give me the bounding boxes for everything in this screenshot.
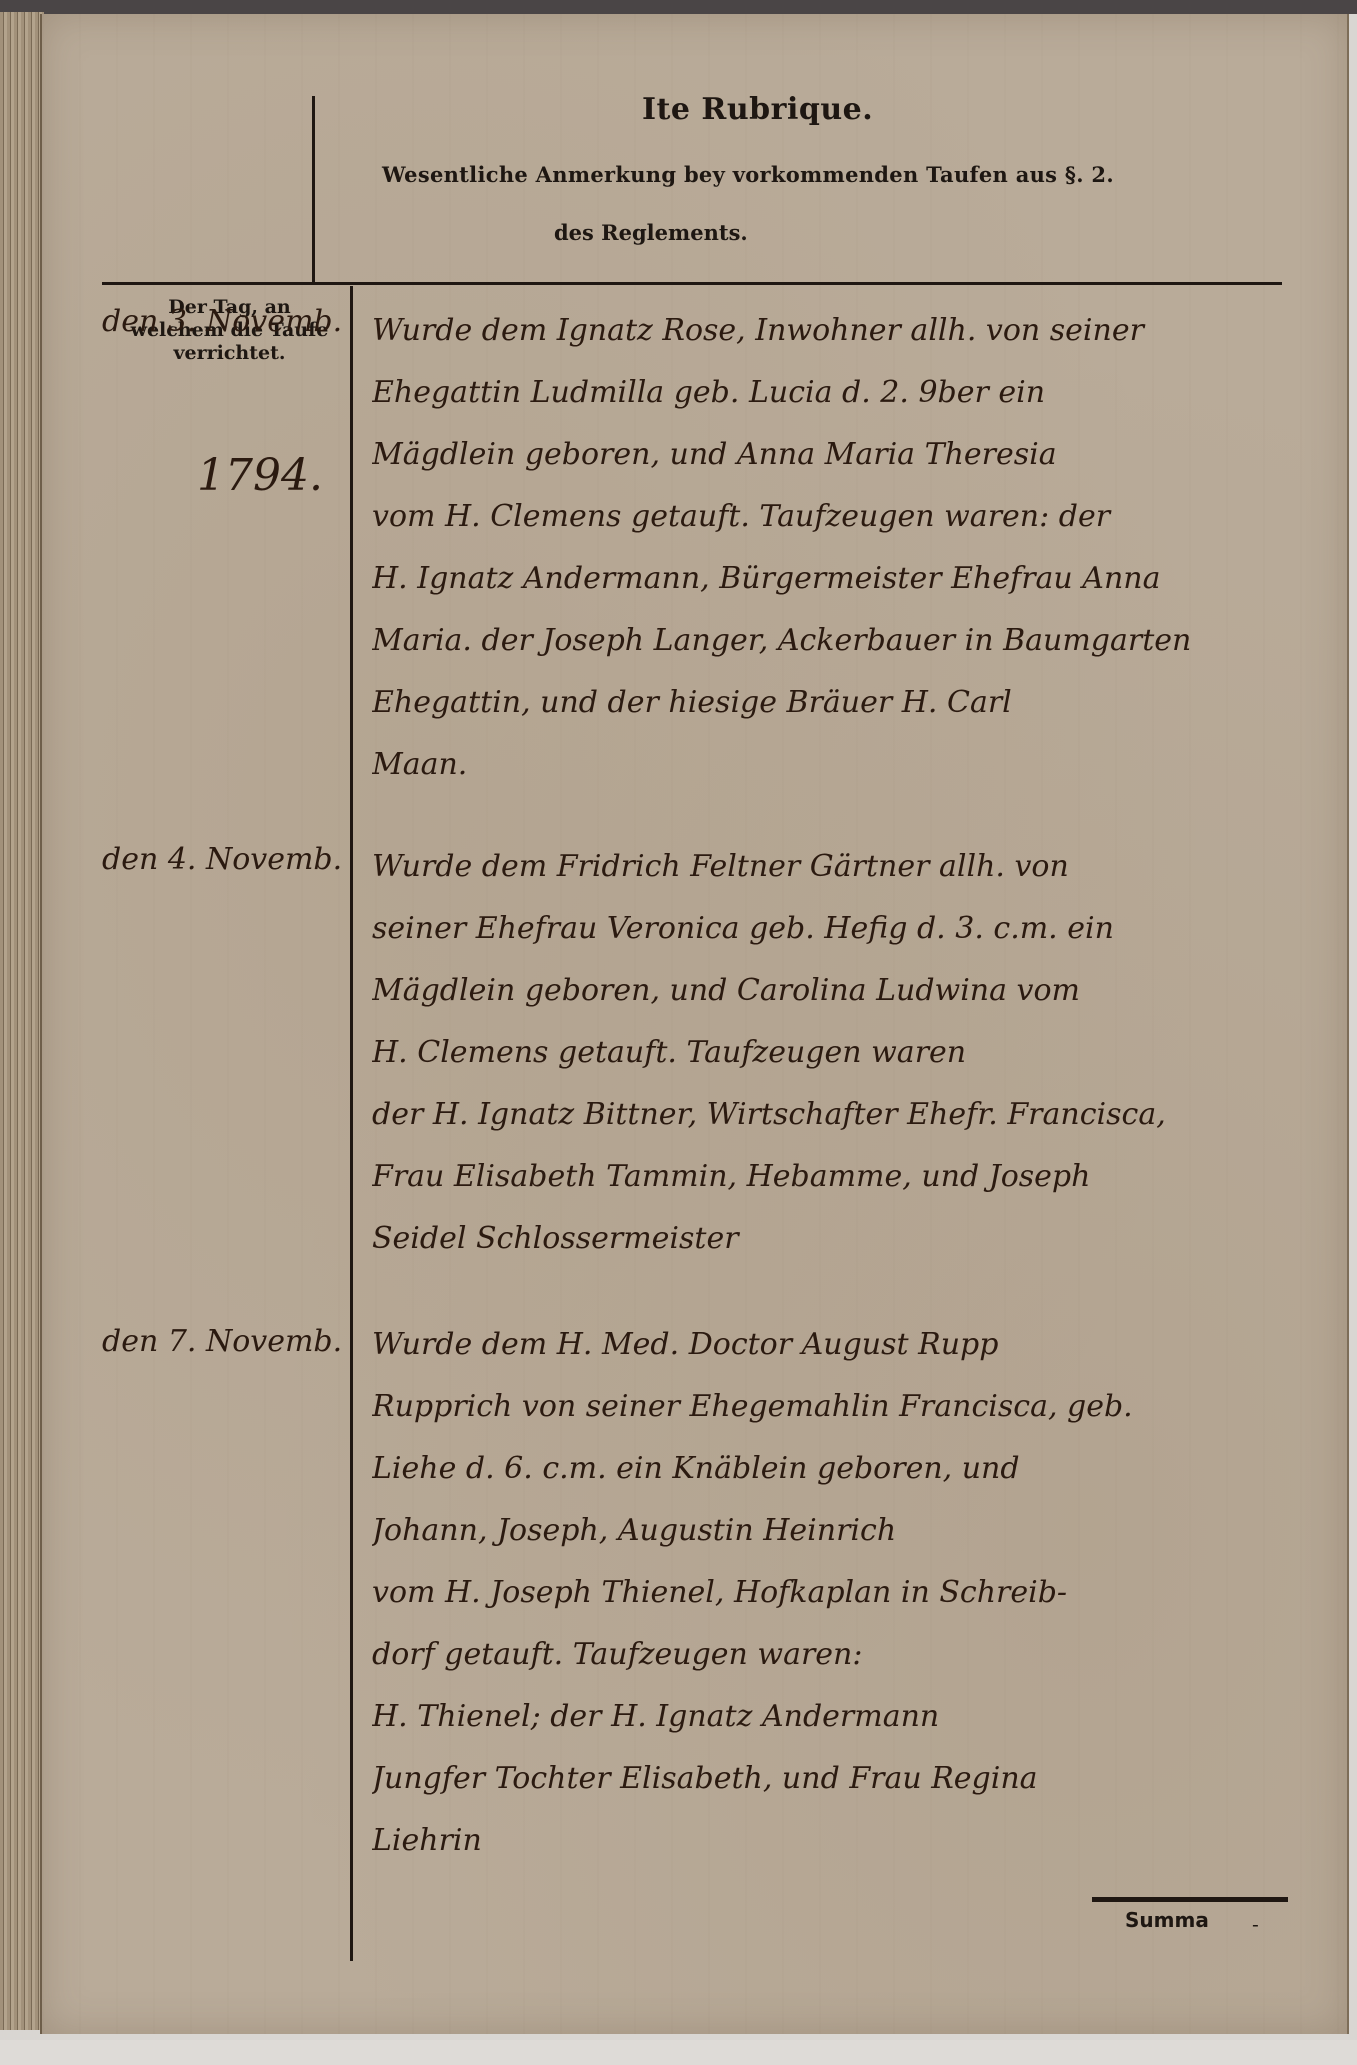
summa-rule [1092,1897,1288,1902]
entry-line: Ehegattin Ludmilla geb. Lucia d. 2. 9ber… [372,362,1352,424]
page-edges [0,12,44,2030]
entry-line: H. Clemens getauft. Taufzeugen waren [372,1022,1352,1084]
entry-line: H. Ignatz Andermann, Bürgermeister Ehefr… [372,548,1352,610]
rubric-title: Ite Rubrique. [642,92,873,127]
rubric-subtitle-cont: des Reglements. [554,220,748,245]
summa-value: - [1252,1912,1259,1936]
entry-year: 1794. [197,450,323,501]
entry-line: seiner Ehefrau Veronica geb. Hefig d. 3.… [372,898,1352,960]
entry-line: Frau Elisabeth Tammin, Hebamme, und Jose… [372,1146,1352,1208]
entry-line: vom H. Joseph Thienel, Hofkaplan in Schr… [372,1562,1352,1624]
header-bottom-rule [102,282,1282,285]
scanner-bottom-border [0,2040,1357,2065]
entry-line: Liehrin [372,1810,1352,1872]
scanner-top-border [0,0,1357,14]
entry-line: dorf getauft. Taufzeugen waren: [372,1624,1352,1686]
baptism-entry: Wurde dem H. Med. Doctor August Rupp Rup… [372,1314,1352,1872]
entry-date: den 7. Novemb. [102,1324,342,1359]
register-page: Ite Rubrique. Wesentliche Anmerkung bey … [40,14,1349,2034]
entry-line: Johann, Joseph, Augustin Heinrich [372,1500,1352,1562]
entry-line: Jungfer Tochter Elisabeth, und Frau Regi… [372,1748,1352,1810]
entry-line: Maan. [372,734,1352,796]
entry-line: vom H. Clemens getauft. Taufzeugen waren… [372,486,1352,548]
entry-line: Seidel Schlossermeister [372,1208,1352,1270]
date-column-rule [350,286,353,1961]
entry-line: Ehegattin, und der hiesige Bräuer H. Car… [372,672,1352,734]
entry-line: der H. Ignatz Bittner, Wirtschafter Ehef… [372,1084,1352,1146]
entry-line: Wurde dem Ignatz Rose, Inwohner allh. vo… [372,300,1352,362]
baptism-entry: Wurde dem Ignatz Rose, Inwohner allh. vo… [372,300,1352,796]
entry-line: Wurde dem H. Med. Doctor August Rupp [372,1314,1352,1376]
entry-line: Rupprich von seiner Ehegemahlin Francisc… [372,1376,1352,1438]
entry-line: H. Thienel; der H. Ignatz Andermann [372,1686,1352,1748]
entry-line: Liehe d. 6. c.m. ein Knäblein geboren, u… [372,1438,1352,1500]
summa-label: Summa [1125,1908,1209,1932]
entry-date: den 3. Novemb. [102,304,342,339]
header-vertical-rule [312,96,315,284]
rubric-subtitle: Wesentliche Anmerkung bey vorkommenden T… [382,162,1114,187]
entry-line: Mägdlein geboren, und Anna Maria Theresi… [372,424,1352,486]
entry-line: Maria. der Joseph Langer, Ackerbauer in … [372,610,1352,672]
entry-date: den 4. Novemb. [102,842,342,877]
entry-line: Wurde dem Fridrich Feltner Gärtner allh.… [372,836,1352,898]
baptism-entry: Wurde dem Fridrich Feltner Gärtner allh.… [372,836,1352,1270]
entry-line: Mägdlein geboren, und Carolina Ludwina v… [372,960,1352,1022]
